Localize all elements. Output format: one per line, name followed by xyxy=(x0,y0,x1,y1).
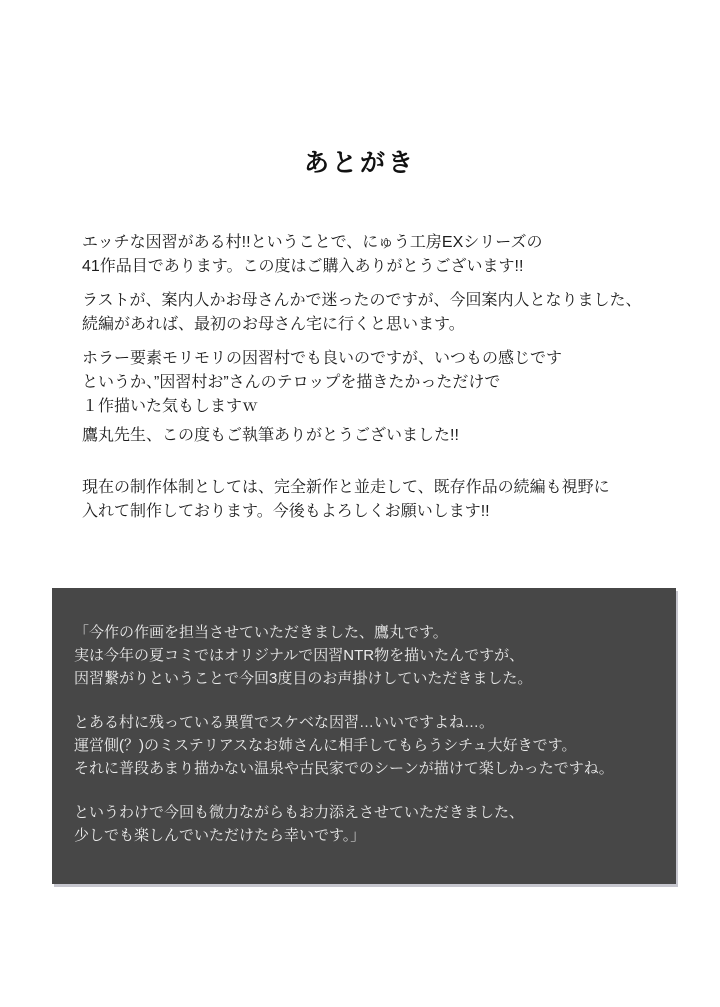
page-title: あとがき xyxy=(0,0,720,178)
paragraph-thanks-artist: 鷹丸先生、この度もご執筆ありがとうございました!! xyxy=(82,424,680,448)
note-paragraph-closing: というわけで今回も微力ながらもお力添えさせていただきました、 少しでも楽しんでい… xyxy=(74,801,656,847)
note-paragraph-greeting: 「今作の作画を担当させていただきました、鷹丸です。 実は今年の夏コミではオリジナ… xyxy=(74,621,656,690)
paragraph-intro: エッチな因習がある村!!ということで、にゅう工房EXシリーズの 41作品目であり… xyxy=(82,231,680,279)
note-paragraph-thoughts: とある村に残っている異質でスケベな因習…いいですよね…。 運営側(？)のミステリ… xyxy=(74,711,656,780)
paragraph-ending-choice: ラストが、案内人かお母さんかで迷ったのですが、今回案内人となりました、 続編があ… xyxy=(82,289,680,337)
afterword-body: エッチな因習がある村!!ということで、にゅう工房EXシリーズの 41作品目であり… xyxy=(82,231,680,524)
paragraph-production-plans: 現在の制作体制としては、完全新作と並走して、既存作品の続編も視野に 入れて制作し… xyxy=(82,476,680,524)
paragraph-horror-note: ホラー要素モリモリの因習村でも良いのですが、いつもの感じです というか、”因習村… xyxy=(82,347,680,419)
artist-note-box: 「今作の作画を担当させていただきました、鷹丸です。 実は今年の夏コミではオリジナ… xyxy=(52,588,676,884)
afterword-page: あとがき エッチな因習がある村!!ということで、にゅう工房EXシリーズの 41作… xyxy=(0,0,720,1007)
